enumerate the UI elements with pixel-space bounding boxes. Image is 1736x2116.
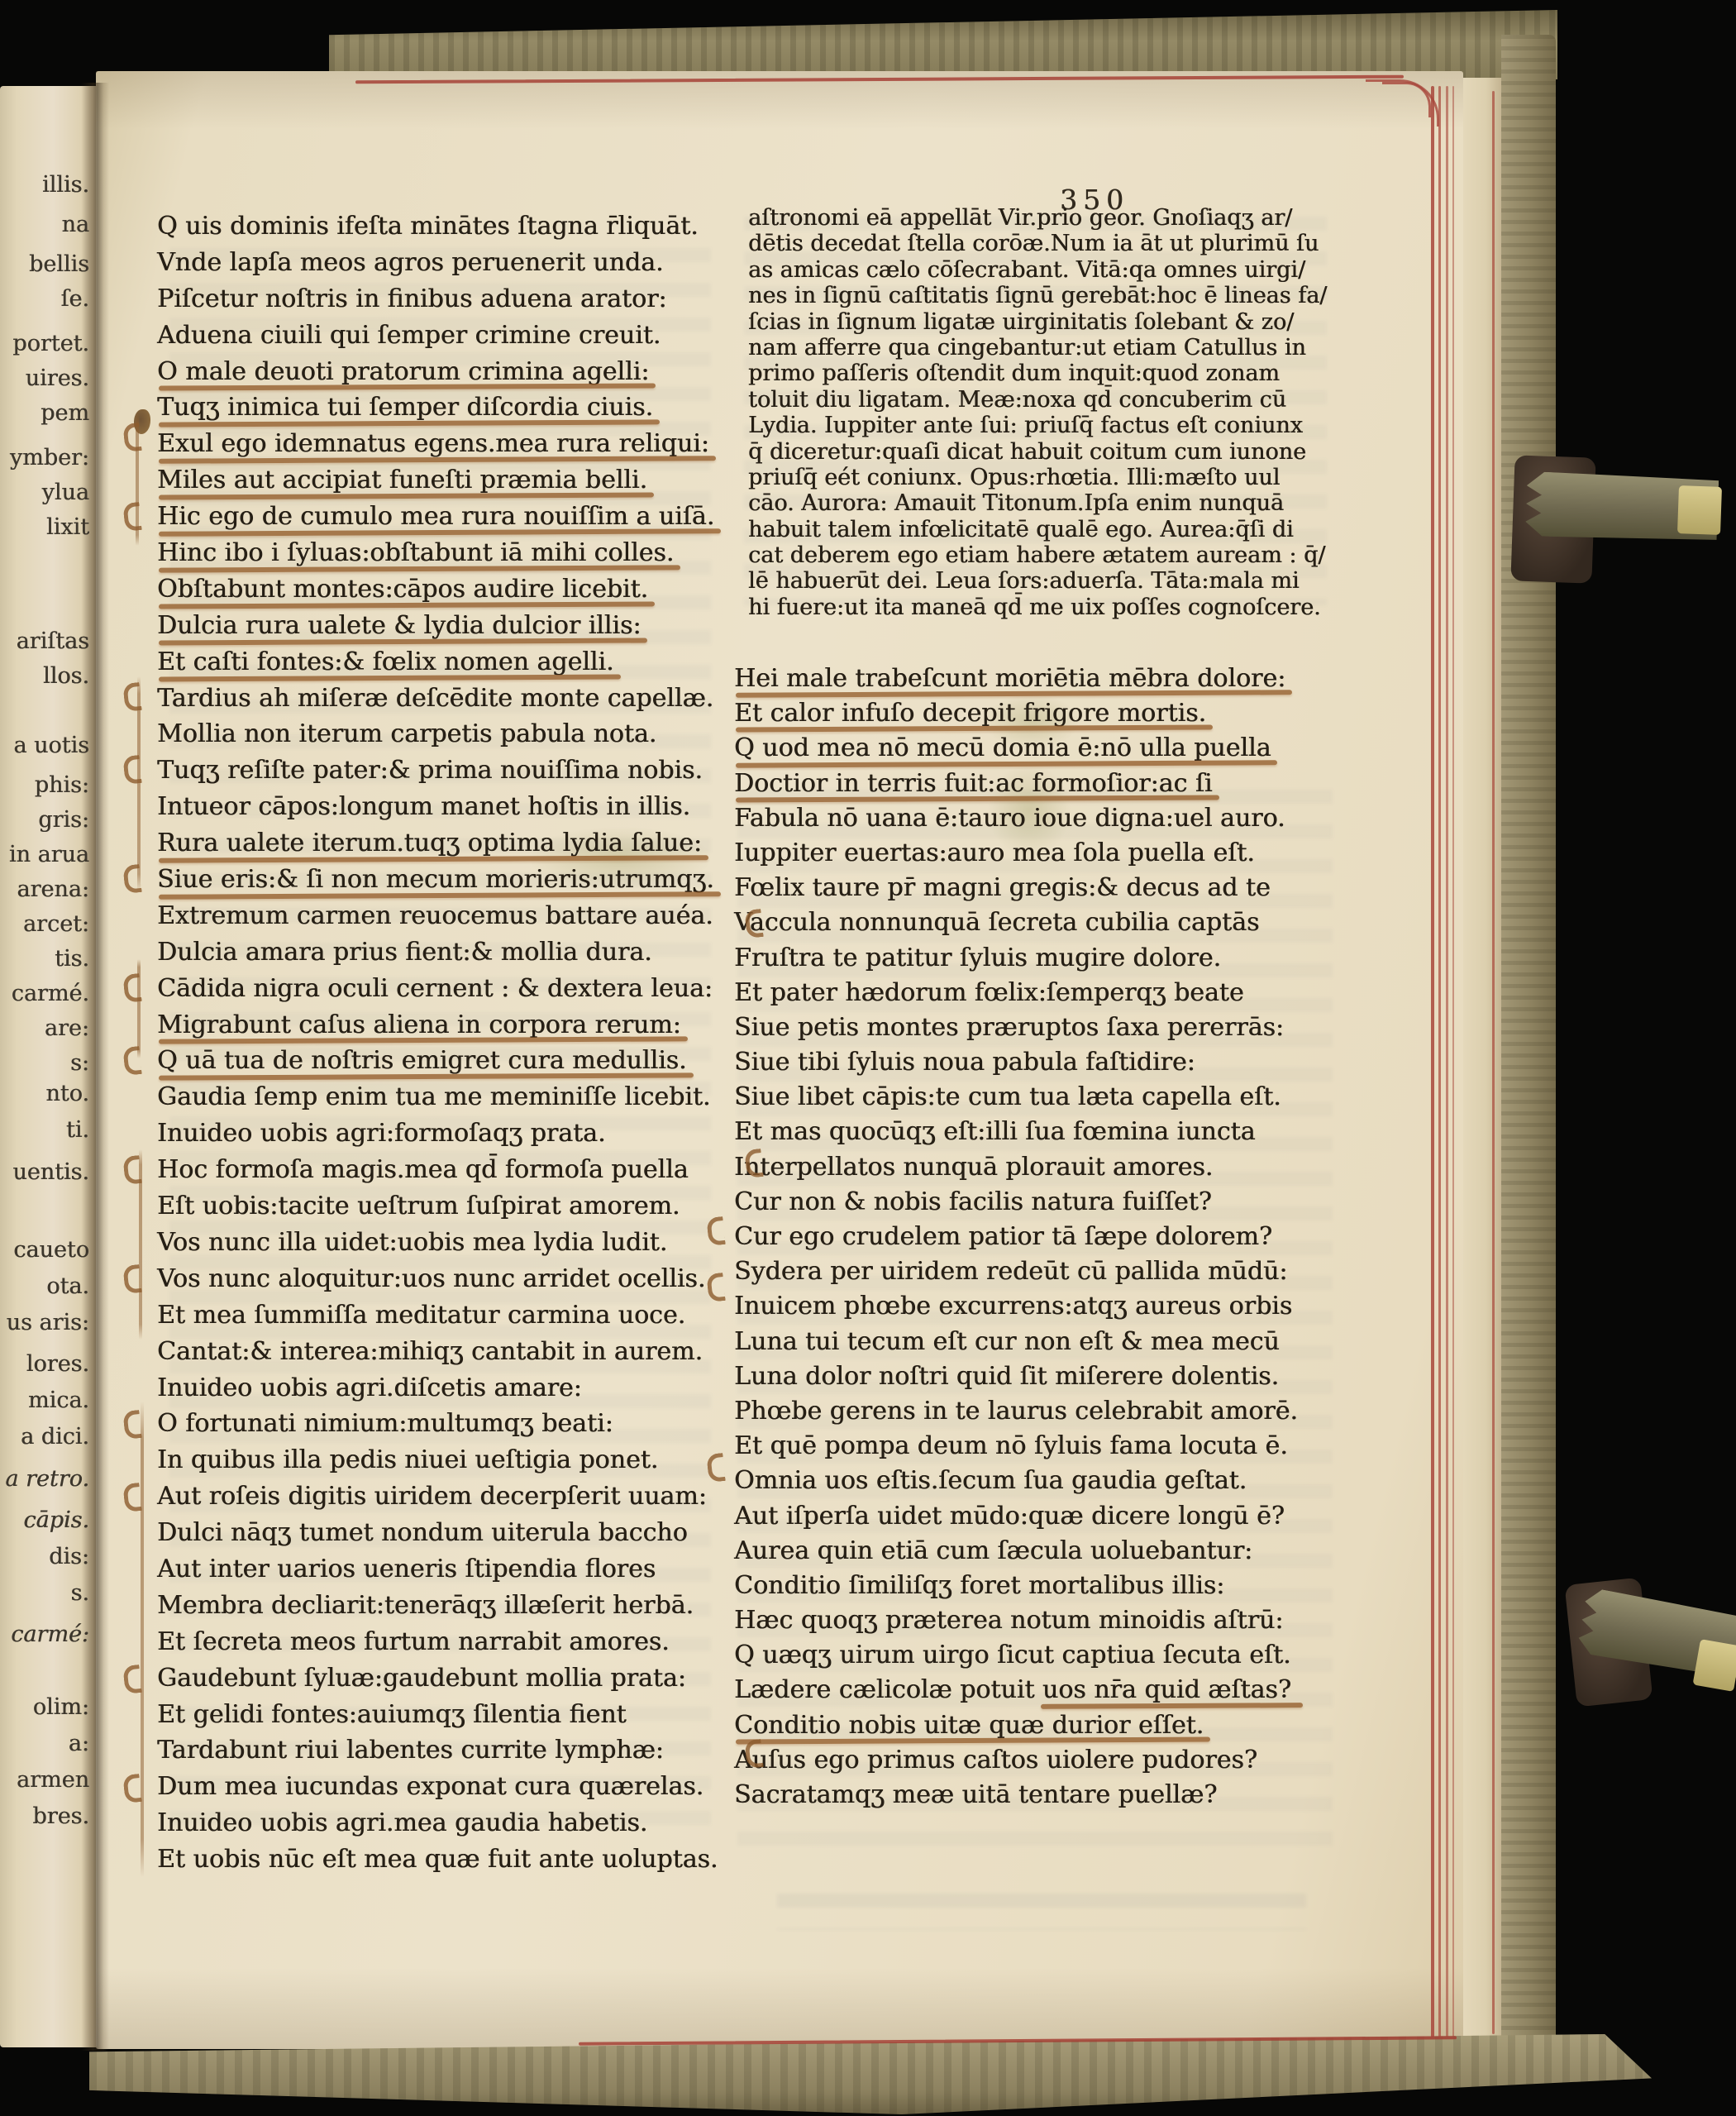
clasp-keeper-bottom [1693, 1639, 1736, 1692]
margin-paragraph-mark [122, 423, 141, 452]
edge-text-fragment: are: [45, 1015, 89, 1041]
annotation-overlay: illis.nabellisſe.portet.uires.pemymber:y… [0, 0, 1736, 2116]
edge-text-fragment: uires. [26, 365, 89, 391]
edge-text-fragment: lores. [26, 1351, 89, 1377]
margin-paragraph-mark [122, 1665, 141, 1694]
edge-text-fragment: carmé. [12, 981, 89, 1006]
edge-text-fragment: olim: [33, 1694, 89, 1720]
edge-text-fragment: gris: [38, 807, 89, 833]
margin-paragraph-mark [122, 1774, 141, 1803]
margin-paragraph-mark [122, 1483, 141, 1512]
clasp-keeper-top [1677, 485, 1722, 535]
margin-paragraph-mark [122, 502, 141, 532]
margin-ink-stroke [141, 1402, 144, 1877]
edge-text-fragment: na [62, 212, 90, 237]
edge-text-fragment: a dici. [21, 1424, 89, 1450]
margin-paragraph-mark [744, 1739, 763, 1769]
edge-text-fragment: ti. [66, 1117, 89, 1143]
edge-text-fragment: nto. [45, 1081, 89, 1106]
margin-ink-stroke [139, 1149, 142, 1340]
edge-text-fragment: arena: [17, 876, 89, 902]
margin-paragraph-mark [706, 1453, 725, 1483]
edge-text-fragment: llos. [43, 663, 89, 689]
edge-text-fragment: in arua [9, 842, 89, 867]
edge-text-fragment: s: [70, 1050, 89, 1076]
edge-text-fragment: ſe. [60, 286, 89, 312]
edge-text-fragment: ota. [46, 1273, 89, 1299]
edge-text-fragment: arcet: [23, 911, 89, 937]
edge-text-fragment: armen [17, 1767, 89, 1793]
edge-text-fragment: pem [41, 400, 89, 426]
edge-text-fragment: a retro. [5, 1466, 89, 1492]
edge-text-fragment: bellis [29, 251, 89, 277]
edge-text-fragment: mica. [28, 1388, 89, 1413]
edge-text-fragment: tis. [55, 946, 89, 972]
edge-text-fragment: a uotis [13, 733, 89, 758]
book-photograph: 350 Q uis dominis ifeſta minātes ſtagna … [0, 0, 1736, 2116]
margin-paragraph-mark [744, 909, 763, 939]
edge-text-fragment: dis: [49, 1544, 89, 1569]
margin-ink-stroke [136, 413, 139, 546]
margin-ink-stroke [137, 959, 141, 1058]
edge-text-fragment: illis. [42, 172, 89, 198]
edge-text-fragment: a: [69, 1731, 89, 1756]
edge-text-fragment: phis: [35, 772, 89, 798]
margin-ink-stroke [137, 676, 141, 891]
edge-text-fragment: s. [71, 1580, 89, 1606]
edge-text-fragment: caueto [13, 1237, 89, 1263]
edge-text-fragment: ariſtas [17, 628, 89, 654]
edge-text-fragment: carmé: [11, 1622, 89, 1647]
edge-text-fragment: lixit [46, 514, 89, 540]
edge-text-fragment: portet. [12, 331, 89, 356]
margin-paragraph-mark [744, 1149, 763, 1178]
edge-text-fragment: us aris: [7, 1310, 89, 1335]
edge-text-fragment: uentis. [12, 1159, 89, 1185]
margin-paragraph-mark [122, 1410, 141, 1440]
margin-paragraph-mark [706, 1273, 725, 1302]
edge-text-fragment: cāpis. [23, 1507, 89, 1533]
edge-text-fragment: ylua [42, 480, 89, 505]
edge-text-fragment: bres. [32, 1803, 89, 1829]
edge-text-fragment: ymber: [10, 445, 89, 470]
margin-paragraph-mark [706, 1216, 725, 1246]
